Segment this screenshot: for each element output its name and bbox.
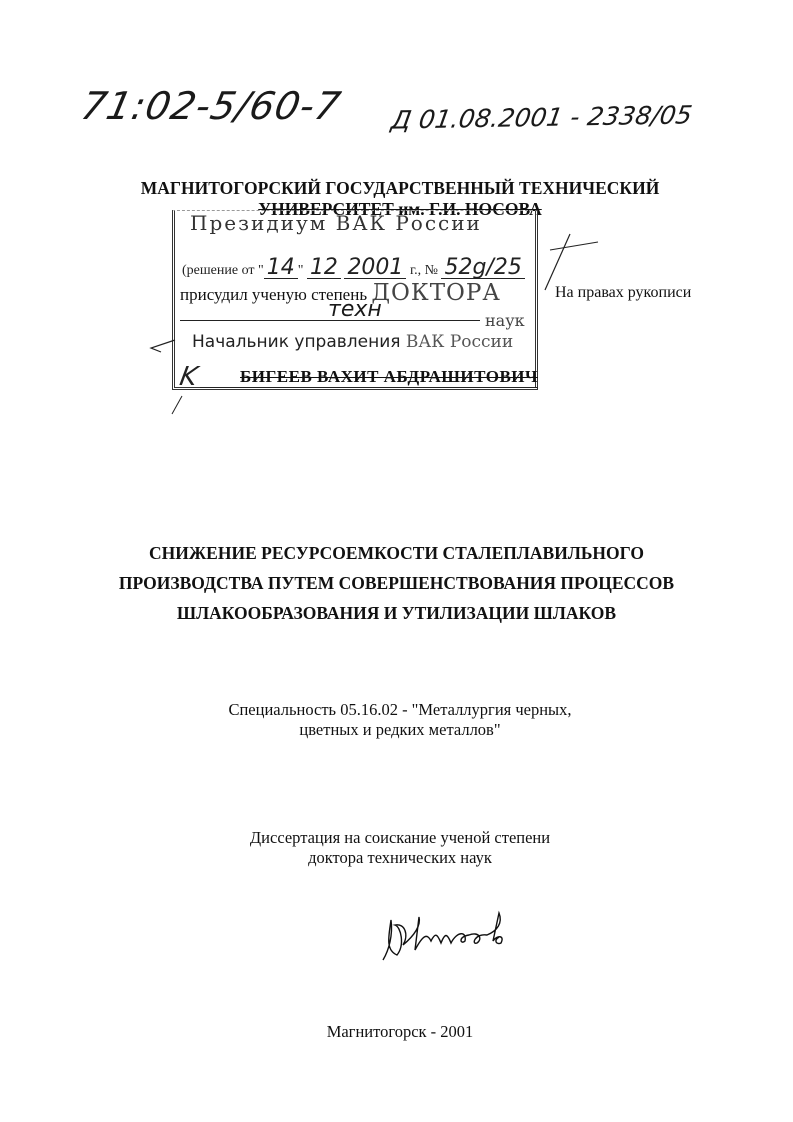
thesis-title-line: СНИЖЕНИЕ РЕСУРСОЕМКОСТИ СТАЛЕПЛАВИЛЬНОГО (100, 538, 693, 568)
degree-statement: Диссертация на соискание ученой степени … (150, 828, 650, 868)
place-and-year: Магнитогорск - 2001 (250, 1022, 550, 1042)
thesis-title-line: ШЛАКООБРАЗОВАНИЯ И УТИЛИЗАЦИИ ШЛАКОВ (100, 598, 693, 628)
author-signature-icon (375, 905, 535, 965)
chief-org: ВАК России (406, 332, 513, 352)
specialty-line: Специальность 05.16.02 - "Металлургия че… (150, 700, 650, 720)
pen-tick-mark-icon (170, 395, 184, 415)
decision-prefix: (решение от " (182, 263, 264, 278)
pen-arrow-mark-icon (147, 338, 177, 354)
decision-quote: " (298, 263, 304, 278)
pen-stroke-mark-icon (540, 232, 600, 292)
decision-day: 14 (264, 258, 298, 279)
author-name-text: БИГЕЕВ ВАХИТ АБДРАШИТОВИЧ (240, 367, 538, 386)
handwritten-registration-number: Д 01.08.2001 - 2338/05 (389, 100, 694, 134)
stamp-chief: Начальник управления ВАК России (192, 332, 513, 352)
stamp-decision: (решение от "14" 12 2001 г., № 52g/25 (182, 258, 525, 279)
university-name-line1: МАГНИТОГОРСКИЙ ГОСУДАРСТВЕННЫЙ ТЕХНИЧЕСК… (141, 178, 660, 198)
thesis-title: СНИЖЕНИЕ РЕСУРСОЕМКОСТИ СТАЛЕПЛАВИЛЬНОГО… (100, 538, 693, 628)
decision-year: 2001 (344, 258, 406, 279)
handwritten-cipher: 71:02-5/60-7 (77, 84, 345, 128)
degree-line: Диссертация на соискание ученой степени (150, 828, 650, 848)
thesis-title-line: ПРОИЗВОДСТВА ПУТЕМ СОВЕРШЕНСТВОВАНИЯ ПРО… (100, 568, 693, 598)
author-name: БИГЕЕВ ВАХИТ АБДРАШИТОВИЧ (200, 367, 538, 388)
specialty: Специальность 05.16.02 - "Металлургия че… (150, 700, 650, 740)
chief-title: Начальник управления (192, 332, 401, 352)
decision-year-suffix: г., № (410, 263, 438, 278)
awarded-degree: ДОКТОРА (371, 280, 500, 306)
decision-month: 12 (307, 258, 341, 279)
specialty-line: цветных и редких металлов" (150, 720, 650, 740)
decision-number: 52g/25 (441, 258, 524, 279)
stamp-field-suffix: наук (485, 311, 525, 330)
stamp-title: Президиум ВАК России (190, 211, 482, 235)
degree-line: доктора технических наук (150, 848, 650, 868)
stamp-field-handwritten: техн (328, 297, 382, 322)
